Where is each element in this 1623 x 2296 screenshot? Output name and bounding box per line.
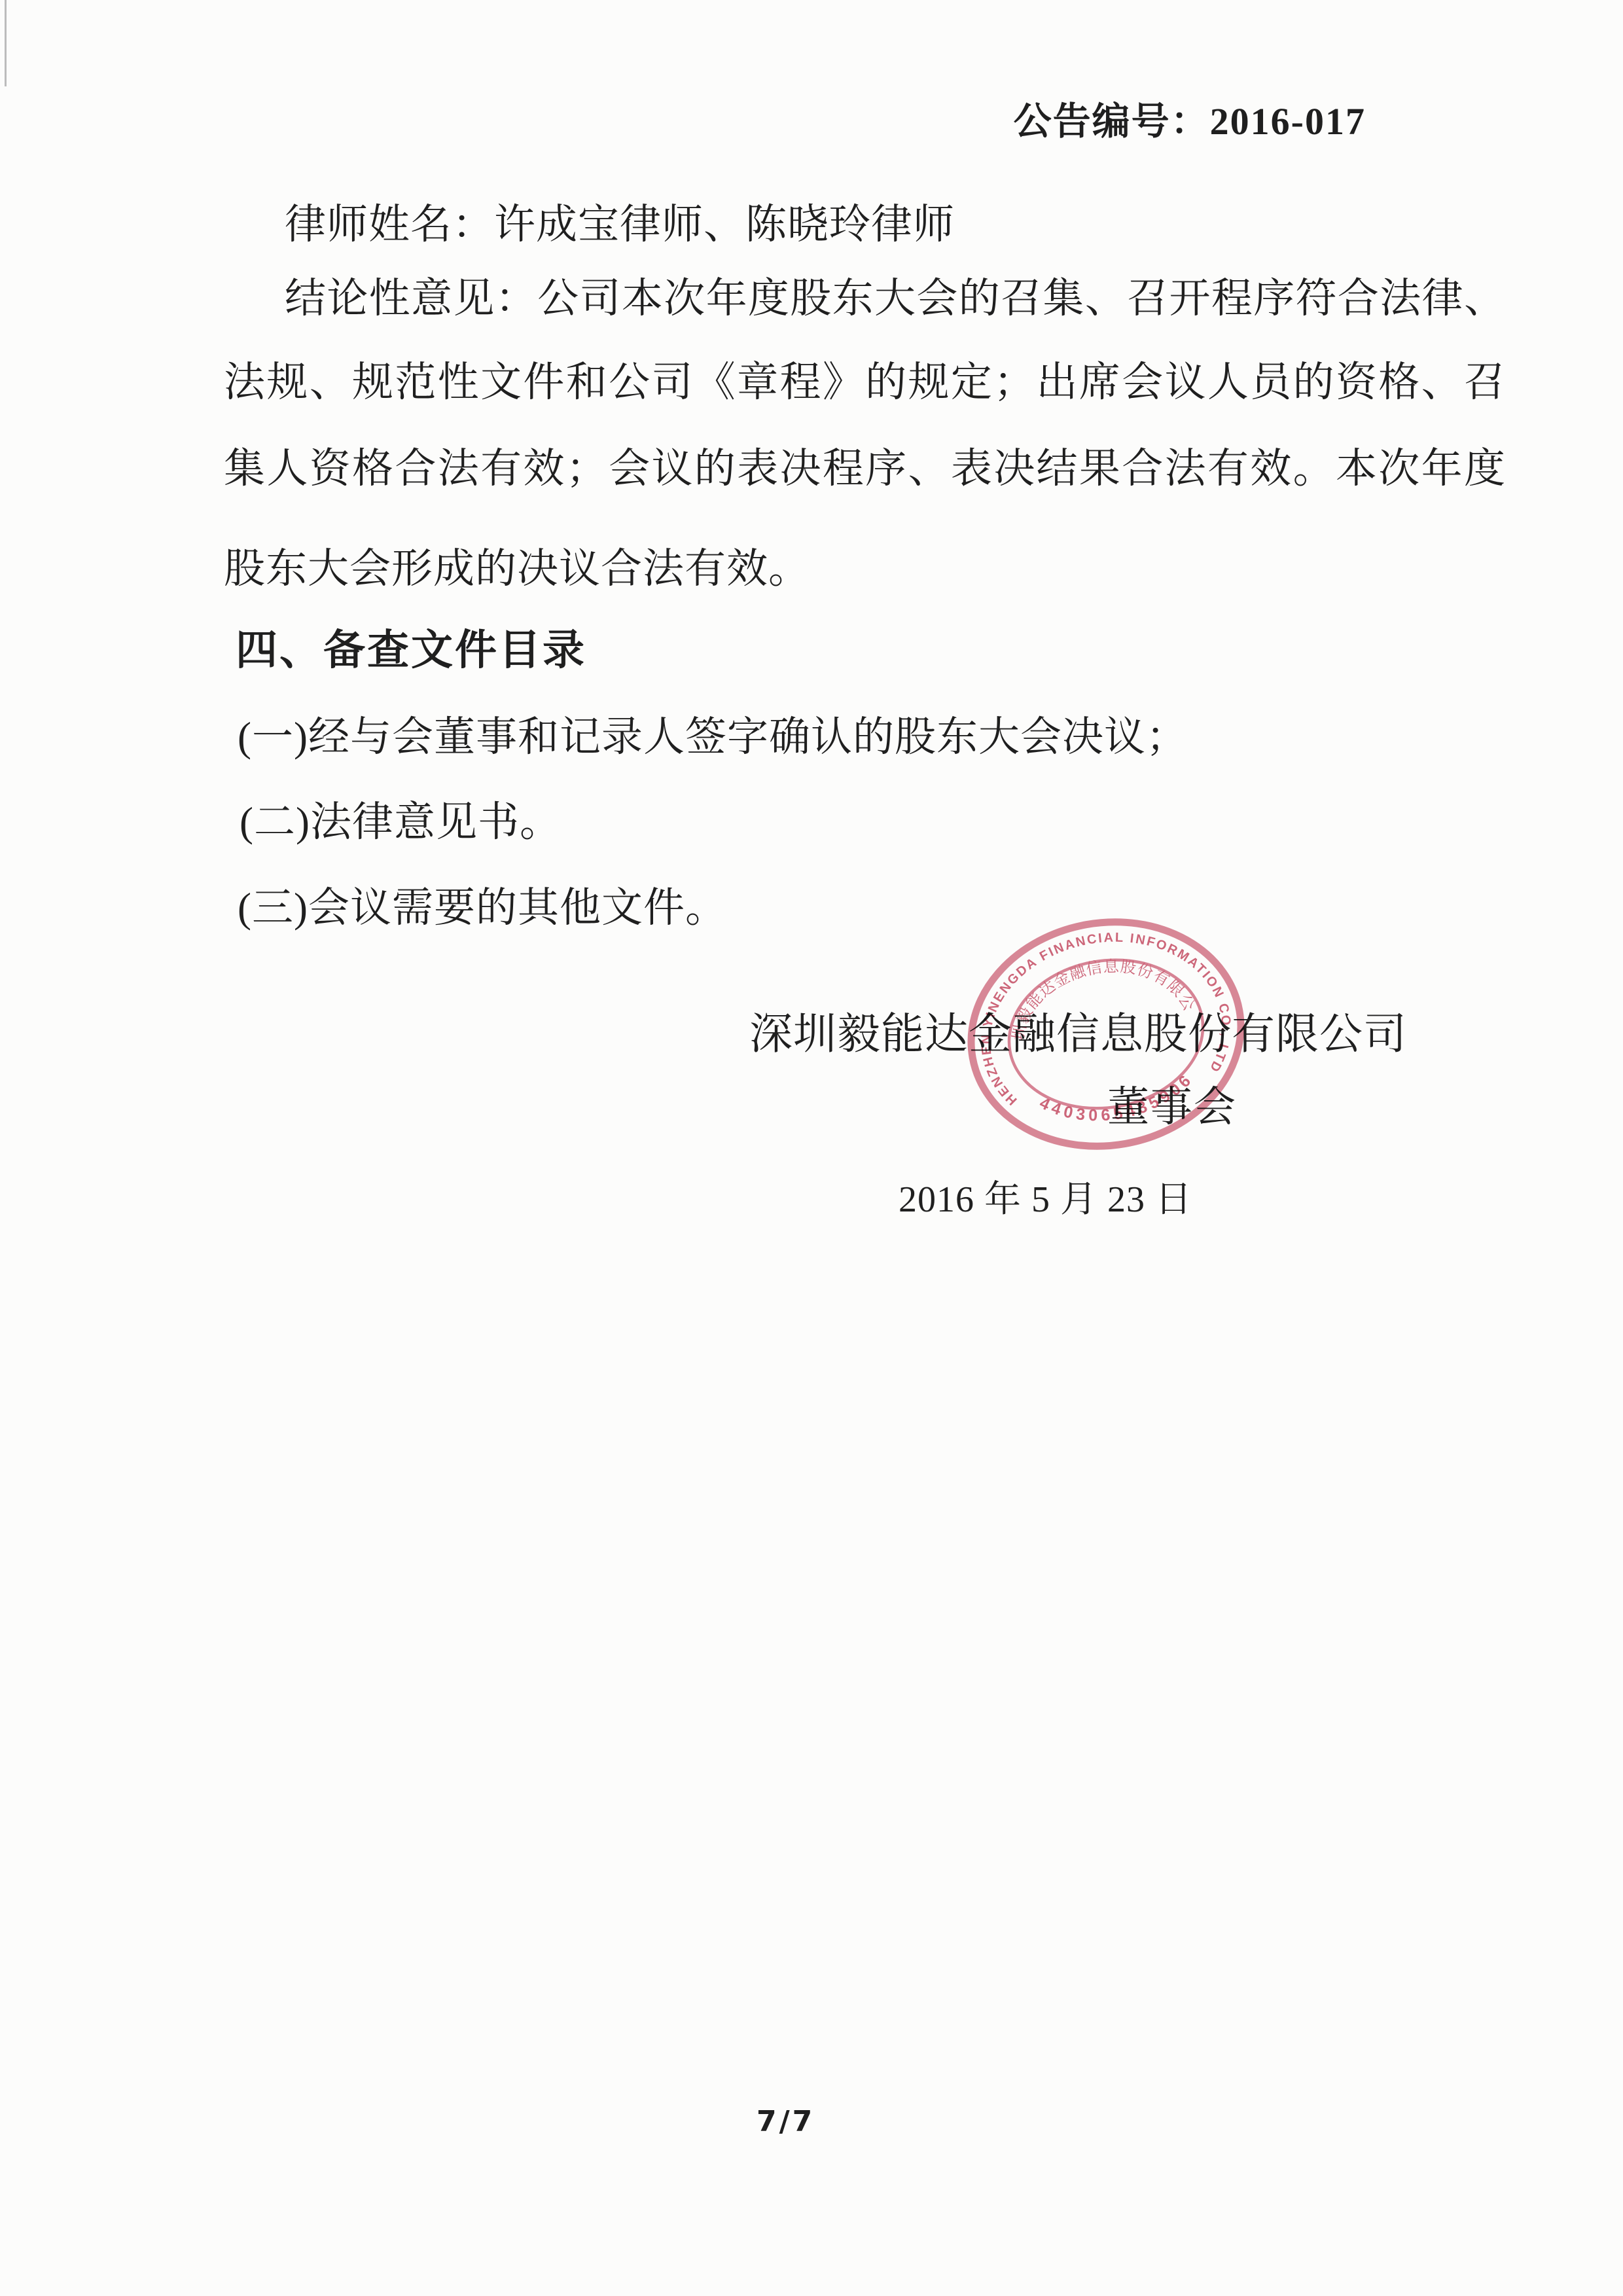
signature-date: 2016 年 5 月 23 日 <box>899 1170 1192 1223</box>
list-item-3: (三)会议需要的其他文件。 <box>238 874 727 934</box>
conclusion-line-4: 股东大会形成的决议合法有效。 <box>224 535 810 595</box>
conclusion-line-3: 集人资格合法有效；会议的表决程序、表决结果合法有效。本次年度 <box>224 448 1506 490</box>
document-page: 公告编号：2016-017 律师姓名：许成宝律师、陈晓玲律师 结论性意见：公司本… <box>0 0 1623 2296</box>
signature-department: 董事会 <box>1107 1073 1237 1134</box>
conclusion-line-1: 结论性意见：公司本次年度股东大会的召集、召开程序符合法律、 <box>285 278 1506 319</box>
lawyer-names-line: 律师姓名：许成宝律师、陈晓玲律师 <box>285 191 955 251</box>
section-heading-documents-list: 四、备查文件目录 <box>236 617 586 677</box>
conclusion-line-2: 法规、规范性文件和公司《章程》的规定；出席会议人员的资格、召 <box>224 362 1506 403</box>
list-item-1: (一)经与会董事和记录人签字确认的股东大会决议； <box>238 704 1188 763</box>
list-item-2: (二)法律意见书。 <box>240 789 562 848</box>
page-number: 7/7 <box>757 2105 815 2138</box>
announcement-number: 公告编号：2016-017 <box>1014 90 1366 145</box>
scan-artifact-line <box>5 0 7 86</box>
signature-company-name: 深圳毅能达金融信息股份有限公司 <box>749 999 1407 1061</box>
